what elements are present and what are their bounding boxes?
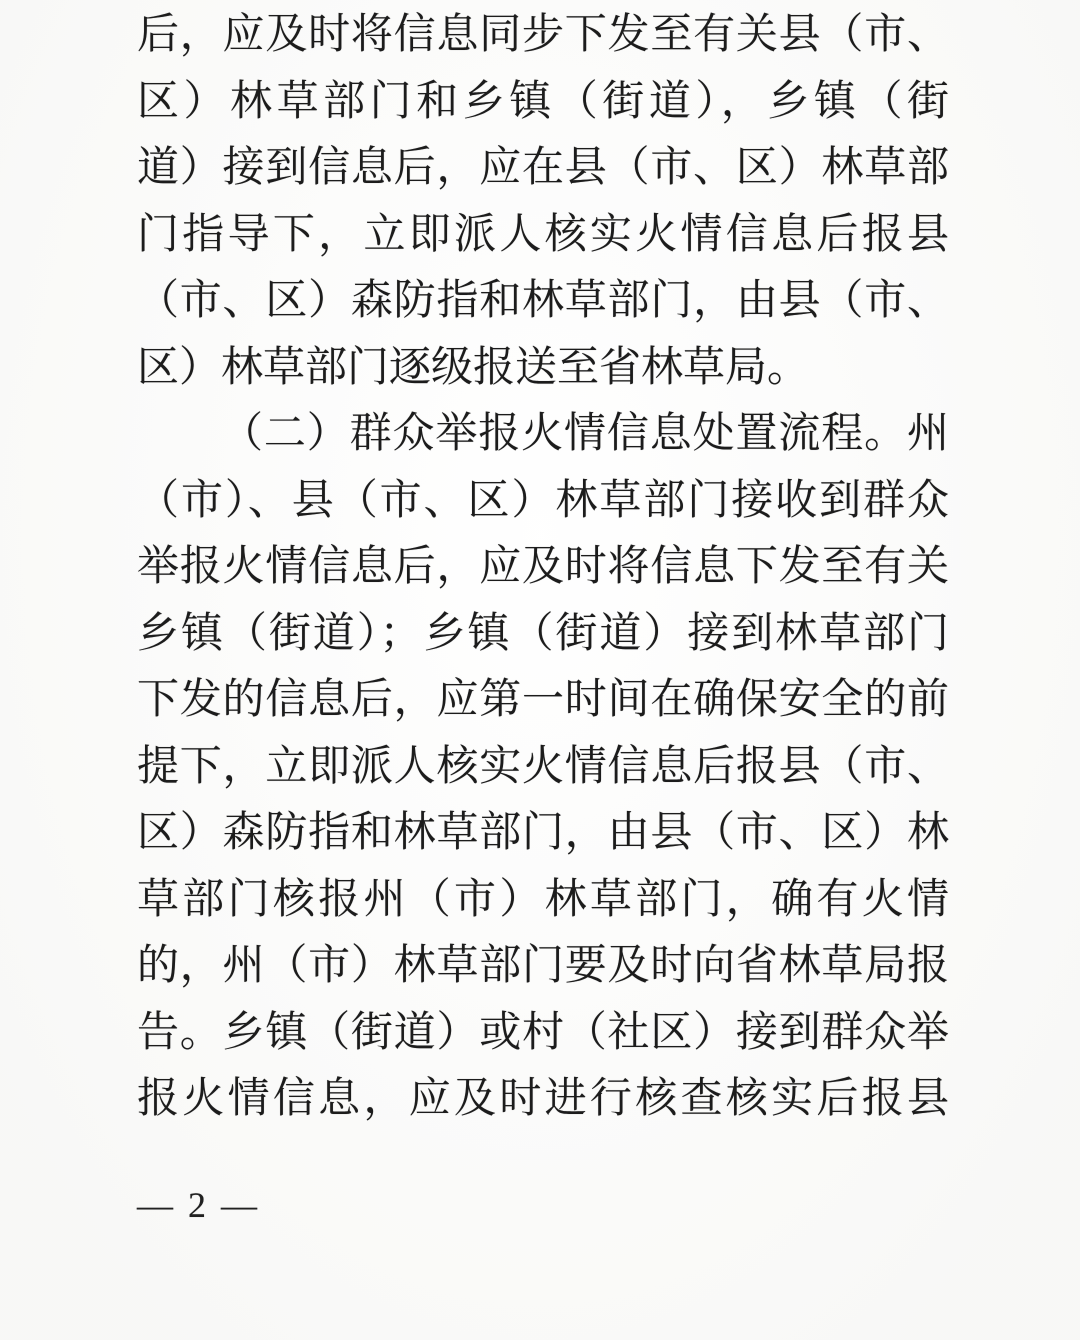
text-line-paragraph-end: 区）林草部门逐级报送至省林草局。 (137, 335, 949, 402)
text-line: 举报火情信息后，应及时将信息下发至有关 (137, 534, 949, 601)
body-text: 后，应及时将信息同步下发至有关县（市、 区）林草部门和乡镇（街道），乡镇（街 道… (137, 2, 949, 1133)
text-line: 的，州（市）林草部门要及时向省林草局报 (137, 933, 949, 1000)
text-line: 乡镇（街道）；乡镇（街道）接到林草部门 (137, 601, 949, 668)
text-line: 区）林草部门和乡镇（街道），乡镇（街 (137, 69, 949, 136)
text-line: 草部门核报州（市）林草部门，确有火情 (137, 867, 949, 934)
text-line: 下发的信息后，应第一时间在确保安全的前 (137, 667, 949, 734)
document-page: 后，应及时将信息同步下发至有关县（市、 区）林草部门和乡镇（街道），乡镇（街 道… (0, 0, 1080, 1340)
text-line: 区）森防指和林草部门，由县（市、区）林 (137, 800, 949, 867)
text-line: 门指导下，立即派人核实火情信息后报县 (137, 202, 949, 269)
text-line: 提下，立即派人核实火情信息后报县（市、 (137, 734, 949, 801)
page-number: — 2 — (137, 1185, 949, 1225)
text-line-paragraph-start: （二）群众举报火情信息处置流程。州 (137, 401, 949, 468)
text-line: （市）、县（市、区）林草部门接收到群众 (137, 468, 949, 535)
text-line: 告。乡镇（街道）或村（社区）接到群众举 (137, 1000, 949, 1067)
text-line: 道）接到信息后，应在县（市、区）林草部 (137, 135, 949, 202)
text-line: 报火情信息，应及时进行核查核实后报县 (137, 1066, 949, 1133)
text-line: （市、区）森防指和林草部门，由县（市、 (137, 268, 949, 335)
text-line: 后，应及时将信息同步下发至有关县（市、 (137, 2, 949, 69)
